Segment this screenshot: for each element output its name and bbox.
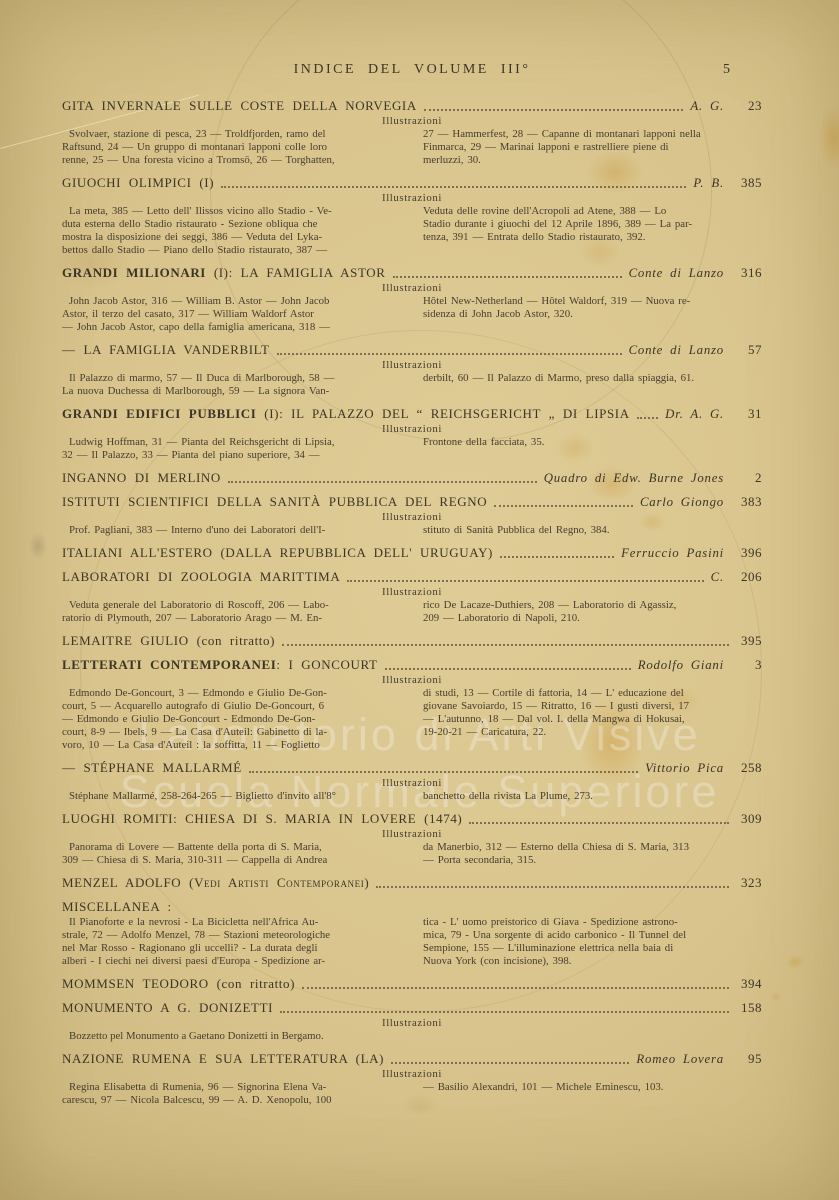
illustrations-left-column: Il Pianoforte e la nevrosi - La Biciclet… [62, 916, 401, 968]
illustrations-right-column: da Manerbio, 312 — Esterno della Chiesa … [423, 841, 762, 867]
illustrations-columns: Il Palazzo di marmo, 57 — Il Duca di Mar… [62, 372, 762, 398]
entry-title-line: MOMMSEN TEODORO (con ritratto)394 [62, 976, 762, 992]
illustrations-label: Illustrazioni [62, 586, 762, 598]
dot-leader [277, 353, 622, 355]
illustrations-label: Illustrazioni [62, 115, 762, 127]
illustrations-single-line: Bozzetto pel Monumento a Gaetano Donizet… [62, 1030, 762, 1043]
dot-leader [393, 276, 622, 278]
entry-title: — LA FAMIGLIA VANDERBILT [62, 342, 270, 358]
index-entry: NAZIONE RUMENA E SUA LETTERATURA (LA)Rom… [62, 1051, 762, 1107]
illustrations-right-column: di studi, 13 — Cortile di fattoria, 14 —… [423, 687, 762, 752]
index-entry: LUOGHI ROMITI: CHIESA DI S. MARIA IN LOV… [62, 811, 762, 867]
illustrations-label: Illustrazioni [62, 423, 762, 435]
illustrations-block: Il Pianoforte e la nevrosi - La Biciclet… [62, 916, 762, 968]
illustrations-left-column: Panorama di Lovere — Battente della port… [62, 841, 401, 867]
entry-title: LETTERATI CONTEMPORANEI: I GONCOURT [62, 657, 378, 673]
index-entry: GRANDI MILIONARI (I): LA FAMIGLIA ASTORC… [62, 265, 762, 334]
illustrations-label: Illustrazioni [62, 192, 762, 204]
entry-title-line: GRANDI MILIONARI (I): LA FAMIGLIA ASTORC… [62, 265, 762, 281]
illustrations-left-column: Ludwig Hoffman, 31 — Pianta del Reichsge… [62, 436, 401, 462]
illustrations-columns: Veduta generale del Laboratorio di Rosco… [62, 599, 762, 625]
entry-title-line: — STÉPHANE MALLARMÉVittorio Pica258 [62, 760, 762, 776]
entry-title-line: MISCELLANEA : [62, 899, 762, 915]
illustrations-right-column: — Basilio Alexandri, 101 — Michele Emine… [423, 1081, 762, 1107]
entry-title-line: INGANNO DI MERLINOQuadro di Edw. Burne J… [62, 470, 762, 486]
illustrations-label: Illustrazioni [62, 282, 762, 294]
page-header: INDICE DEL VOLUME III° 5 [62, 62, 762, 78]
entry-title-line: GIUOCHI OLIMPICI (I)P. B.385 [62, 175, 762, 191]
illustrations-block: IllustrazioniIl Palazzo di marmo, 57 — I… [62, 359, 762, 398]
entry-title-line: GITA INVERNALE SULLE COSTE DELLA NORVEGI… [62, 98, 762, 114]
illustrations-columns: La meta, 385 — Letto dell' Ilissos vicin… [62, 205, 762, 257]
index-entry: MENZEL ADOLFO (Vedi Artisti Contemporane… [62, 875, 762, 891]
index-entry: LEMAITRE GIULIO (con ritratto)395 [62, 633, 762, 649]
illustrations-columns: Svolvaer, stazione di pesca, 23 — Troldf… [62, 128, 762, 167]
entry-title: LUOGHI ROMITI: CHIESA DI S. MARIA IN LOV… [62, 811, 462, 827]
entry-title-line: MONUMENTO A G. DONIZETTI158 [62, 1000, 762, 1016]
index-entry: GITA INVERNALE SULLE COSTE DELLA NORVEGI… [62, 98, 762, 167]
entry-title-bold-lead: GRANDI MILIONARI [62, 265, 206, 280]
entry-page-number: 394 [736, 976, 762, 992]
dot-leader [249, 771, 638, 773]
illustrations-right-column: derbilt, 60 — Il Palazzo di Marmo, preso… [423, 372, 762, 398]
illustrations-label: Illustrazioni [62, 359, 762, 371]
dot-leader [637, 417, 658, 419]
index-entry: INGANNO DI MERLINOQuadro di Edw. Burne J… [62, 470, 762, 486]
entry-page-number: 95 [736, 1051, 762, 1067]
entry-page-number: 323 [736, 875, 762, 891]
illustrations-block: IllustrazioniBozzetto pel Monumento a Ga… [62, 1017, 762, 1043]
entry-page-number: 158 [736, 1000, 762, 1016]
index-entry: LABORATORI DI ZOOLOGIA MARITTIMAC.206Ill… [62, 569, 762, 625]
entry-author: C. [711, 569, 724, 585]
dot-leader [302, 987, 729, 989]
illustrations-block: IllustrazioniStéphane Mallarmé, 258-264-… [62, 777, 762, 803]
illustrations-label: Illustrazioni [62, 777, 762, 789]
illustrations-left-column: Edmondo De-Goncourt, 3 — Edmondo e Giuli… [62, 687, 401, 752]
index-entry: ISTITUTI SCIENTIFICI DELLA SANITÀ PUBBLI… [62, 494, 762, 537]
index-entry: — LA FAMIGLIA VANDERBILTConte di Lanzo57… [62, 342, 762, 398]
entry-title: ITALIANI ALL'ESTERO (DALLA REPUBBLICA DE… [62, 545, 493, 561]
illustrations-block: IllustrazioniEdmondo De-Goncourt, 3 — Ed… [62, 674, 762, 752]
dot-leader [424, 109, 683, 111]
entry-title: ISTITUTI SCIENTIFICI DELLA SANITÀ PUBBLI… [62, 494, 487, 510]
scanned-page: Laboratorio di Arti Visive Scuola Normal… [0, 0, 839, 1200]
illustrations-columns: Edmondo De-Goncourt, 3 — Edmondo e Giuli… [62, 687, 762, 752]
illustrations-block: IllustrazioniRegina Elisabetta di Rumeni… [62, 1068, 762, 1107]
index-entry: ITALIANI ALL'ESTERO (DALLA REPUBBLICA DE… [62, 545, 762, 561]
entry-title: INGANNO DI MERLINO [62, 470, 221, 486]
illustrations-block: IllustrazioniPanorama di Lovere — Batten… [62, 828, 762, 867]
illustrations-columns: John Jacob Astor, 316 — William B. Astor… [62, 295, 762, 334]
entry-author: Conte di Lanzo [629, 265, 724, 281]
entry-page-number: 395 [736, 633, 762, 649]
entry-title-bold-lead: LETTERATI CONTEMPORANEI [62, 657, 276, 672]
entry-author: Ferruccio Pasini [621, 545, 724, 561]
illustrations-block: IllustrazioniProf. Pagliani, 383 — Inter… [62, 511, 762, 537]
illustrations-right-column: Veduta delle rovine dell'Acropoli ad Ate… [423, 205, 762, 257]
entry-title-line: ITALIANI ALL'ESTERO (DALLA REPUBBLICA DE… [62, 545, 762, 561]
illustrations-columns: Regina Elisabetta di Rumenia, 96 — Signo… [62, 1081, 762, 1107]
entry-title: NAZIONE RUMENA E SUA LETTERATURA (LA) [62, 1051, 384, 1067]
entry-page-number: 385 [736, 175, 762, 191]
entry-title: MOMMSEN TEODORO (con ritratto) [62, 976, 295, 992]
entry-page-number: 258 [736, 760, 762, 776]
entries: GITA INVERNALE SULLE COSTE DELLA NORVEGI… [62, 98, 762, 1107]
entry-author: P. B. [693, 175, 724, 191]
illustrations-block: IllustrazioniSvolvaer, stazione di pesca… [62, 115, 762, 167]
illustrations-columns: Panorama di Lovere — Battente della port… [62, 841, 762, 867]
dot-leader [347, 580, 703, 582]
illustrations-label: Illustrazioni [62, 1068, 762, 1080]
dot-leader [391, 1062, 629, 1064]
illustrations-right-column: rico De Lacaze-Duthiers, 208 — Laborator… [423, 599, 762, 625]
illustrations-block: IllustrazioniVeduta generale del Laborat… [62, 586, 762, 625]
illustrations-left-column: Veduta generale del Laboratorio di Rosco… [62, 599, 401, 625]
illustrations-label: Illustrazioni [62, 1017, 762, 1029]
page-content: INDICE DEL VOLUME III° 5 GITA INVERNALE … [62, 62, 762, 1107]
illustrations-right-column: Frontone della facciata, 35. [423, 436, 762, 462]
entry-author: Romeo Lovera [636, 1051, 724, 1067]
folio-page-number: 5 [723, 62, 730, 78]
entry-title-line: — LA FAMIGLIA VANDERBILTConte di Lanzo57 [62, 342, 762, 358]
entry-author: Conte di Lanzo [629, 342, 724, 358]
entry-page-number: 316 [736, 265, 762, 281]
illustrations-left-column: Prof. Pagliani, 383 — Interno d'uno dei … [62, 524, 401, 537]
entry-author: Dr. A. G. [665, 406, 724, 422]
illustrations-right-column: banchetto della rivista La Plume, 273. [423, 790, 762, 803]
index-entry: MONUMENTO A G. DONIZETTI158Illustrazioni… [62, 1000, 762, 1043]
index-entry: GIUOCHI OLIMPICI (I)P. B.385Illustrazion… [62, 175, 762, 257]
illustrations-columns: Ludwig Hoffman, 31 — Pianta del Reichsge… [62, 436, 762, 462]
entry-title: GIUOCHI OLIMPICI (I) [62, 175, 214, 191]
entry-title: GRANDI MILIONARI (I): LA FAMIGLIA ASTOR [62, 265, 386, 281]
entry-title-line: LUOGHI ROMITI: CHIESA DI S. MARIA IN LOV… [62, 811, 762, 827]
entry-author: Vittorio Pica [645, 760, 724, 776]
entry-title: LEMAITRE GIULIO (con ritratto) [62, 633, 275, 649]
illustrations-block: IllustrazioniLa meta, 385 — Letto dell' … [62, 192, 762, 257]
illustrations-columns: Prof. Pagliani, 383 — Interno d'uno dei … [62, 524, 762, 537]
index-entry: MOMMSEN TEODORO (con ritratto)394 [62, 976, 762, 992]
illustrations-label: Illustrazioni [62, 828, 762, 840]
illustrations-left-column: La meta, 385 — Letto dell' Ilissos vicin… [62, 205, 401, 257]
illustrations-block: IllustrazioniLudwig Hoffman, 31 — Pianta… [62, 423, 762, 462]
index-entry: LETTERATI CONTEMPORANEI: I GONCOURTRodol… [62, 657, 762, 752]
entry-page-number: 383 [736, 494, 762, 510]
illustrations-right-column: stituto di Sanità Pubblica del Regno, 38… [423, 524, 762, 537]
entry-title: LABORATORI DI ZOOLOGIA MARITTIMA [62, 569, 340, 585]
header-title: INDICE DEL VOLUME III° [294, 62, 531, 77]
entry-title-line: GRANDI EDIFICI PUBBLICI (I): IL PALAZZO … [62, 406, 762, 422]
entry-title: GRANDI EDIFICI PUBBLICI (I): IL PALAZZO … [62, 406, 630, 422]
illustrations-left-column: Regina Elisabetta di Rumenia, 96 — Signo… [62, 1081, 401, 1107]
entry-page-number: 2 [736, 470, 762, 486]
entry-title: MONUMENTO A G. DONIZETTI [62, 1000, 273, 1016]
entry-page-number: 396 [736, 545, 762, 561]
entry-title: MENZEL ADOLFO (Vedi Artisti Contemporane… [62, 875, 369, 891]
illustrations-left-column: Il Palazzo di marmo, 57 — Il Duca di Mar… [62, 372, 401, 398]
entry-title-bold-lead: GRANDI EDIFICI PUBBLICI [62, 406, 256, 421]
illustrations-columns: Stéphane Mallarmé, 258-264-265 — Bigliet… [62, 790, 762, 803]
illustrations-left-column: Stéphane Mallarmé, 258-264-265 — Bigliet… [62, 790, 401, 803]
entry-author: A. G. [690, 98, 724, 114]
illustrations-right-column: 27 — Hammerfest, 28 — Capanne di montana… [423, 128, 762, 167]
illustrations-label: Illustrazioni [62, 511, 762, 523]
index-entry: GRANDI EDIFICI PUBBLICI (I): IL PALAZZO … [62, 406, 762, 462]
dot-leader [376, 886, 729, 888]
entry-title-line: LEMAITRE GIULIO (con ritratto)395 [62, 633, 762, 649]
entry-title-line: LETTERATI CONTEMPORANEI: I GONCOURTRodol… [62, 657, 762, 673]
dot-leader [280, 1011, 729, 1013]
entry-title-line: LABORATORI DI ZOOLOGIA MARITTIMAC.206 [62, 569, 762, 585]
illustrations-right-column: tica - L' uomo preistorico di Giava - Sp… [423, 916, 762, 968]
entry-author: Carlo Giongo [640, 494, 724, 510]
dot-leader [221, 186, 686, 188]
index-entry: — STÉPHANE MALLARMÉVittorio Pica258Illus… [62, 760, 762, 803]
dot-leader [469, 822, 729, 824]
index-entry: MISCELLANEA :Il Pianoforte e la nevrosi … [62, 899, 762, 968]
entry-author: Quadro di Edw. Burne Jones [544, 470, 724, 486]
entry-title-line: NAZIONE RUMENA E SUA LETTERATURA (LA)Rom… [62, 1051, 762, 1067]
dot-leader [228, 481, 537, 483]
dot-leader [282, 644, 729, 646]
entry-page-number: 206 [736, 569, 762, 585]
entry-page-number: 3 [736, 657, 762, 673]
illustrations-columns: Il Pianoforte e la nevrosi - La Biciclet… [62, 916, 762, 968]
entry-title-smallcaps: (Vedi Artisti Contemporanei) [189, 875, 369, 890]
entry-title-line: ISTITUTI SCIENTIFICI DELLA SANITÀ PUBBLI… [62, 494, 762, 510]
entry-author: Rodolfo Giani [638, 657, 724, 673]
entry-page-number: 23 [736, 98, 762, 114]
dot-leader [494, 505, 633, 507]
dot-leader [500, 556, 614, 558]
illustrations-block: IllustrazioniJohn Jacob Astor, 316 — Wil… [62, 282, 762, 334]
entry-page-number: 309 [736, 811, 762, 827]
entry-page-number: 31 [736, 406, 762, 422]
entry-title: — STÉPHANE MALLARMÉ [62, 760, 242, 776]
dot-leader [385, 668, 631, 670]
entry-title: GITA INVERNALE SULLE COSTE DELLA NORVEGI… [62, 98, 417, 114]
entry-title: MISCELLANEA : [62, 899, 172, 915]
entry-title-line: MENZEL ADOLFO (Vedi Artisti Contemporane… [62, 875, 762, 891]
entry-page-number: 57 [736, 342, 762, 358]
illustrations-right-column: Hôtel New-Netherland — Hôtel Waldorf, 31… [423, 295, 762, 334]
illustrations-label: Illustrazioni [62, 674, 762, 686]
illustrations-left-column: John Jacob Astor, 316 — William B. Astor… [62, 295, 401, 334]
illustrations-left-column: Svolvaer, stazione di pesca, 23 — Troldf… [62, 128, 401, 167]
